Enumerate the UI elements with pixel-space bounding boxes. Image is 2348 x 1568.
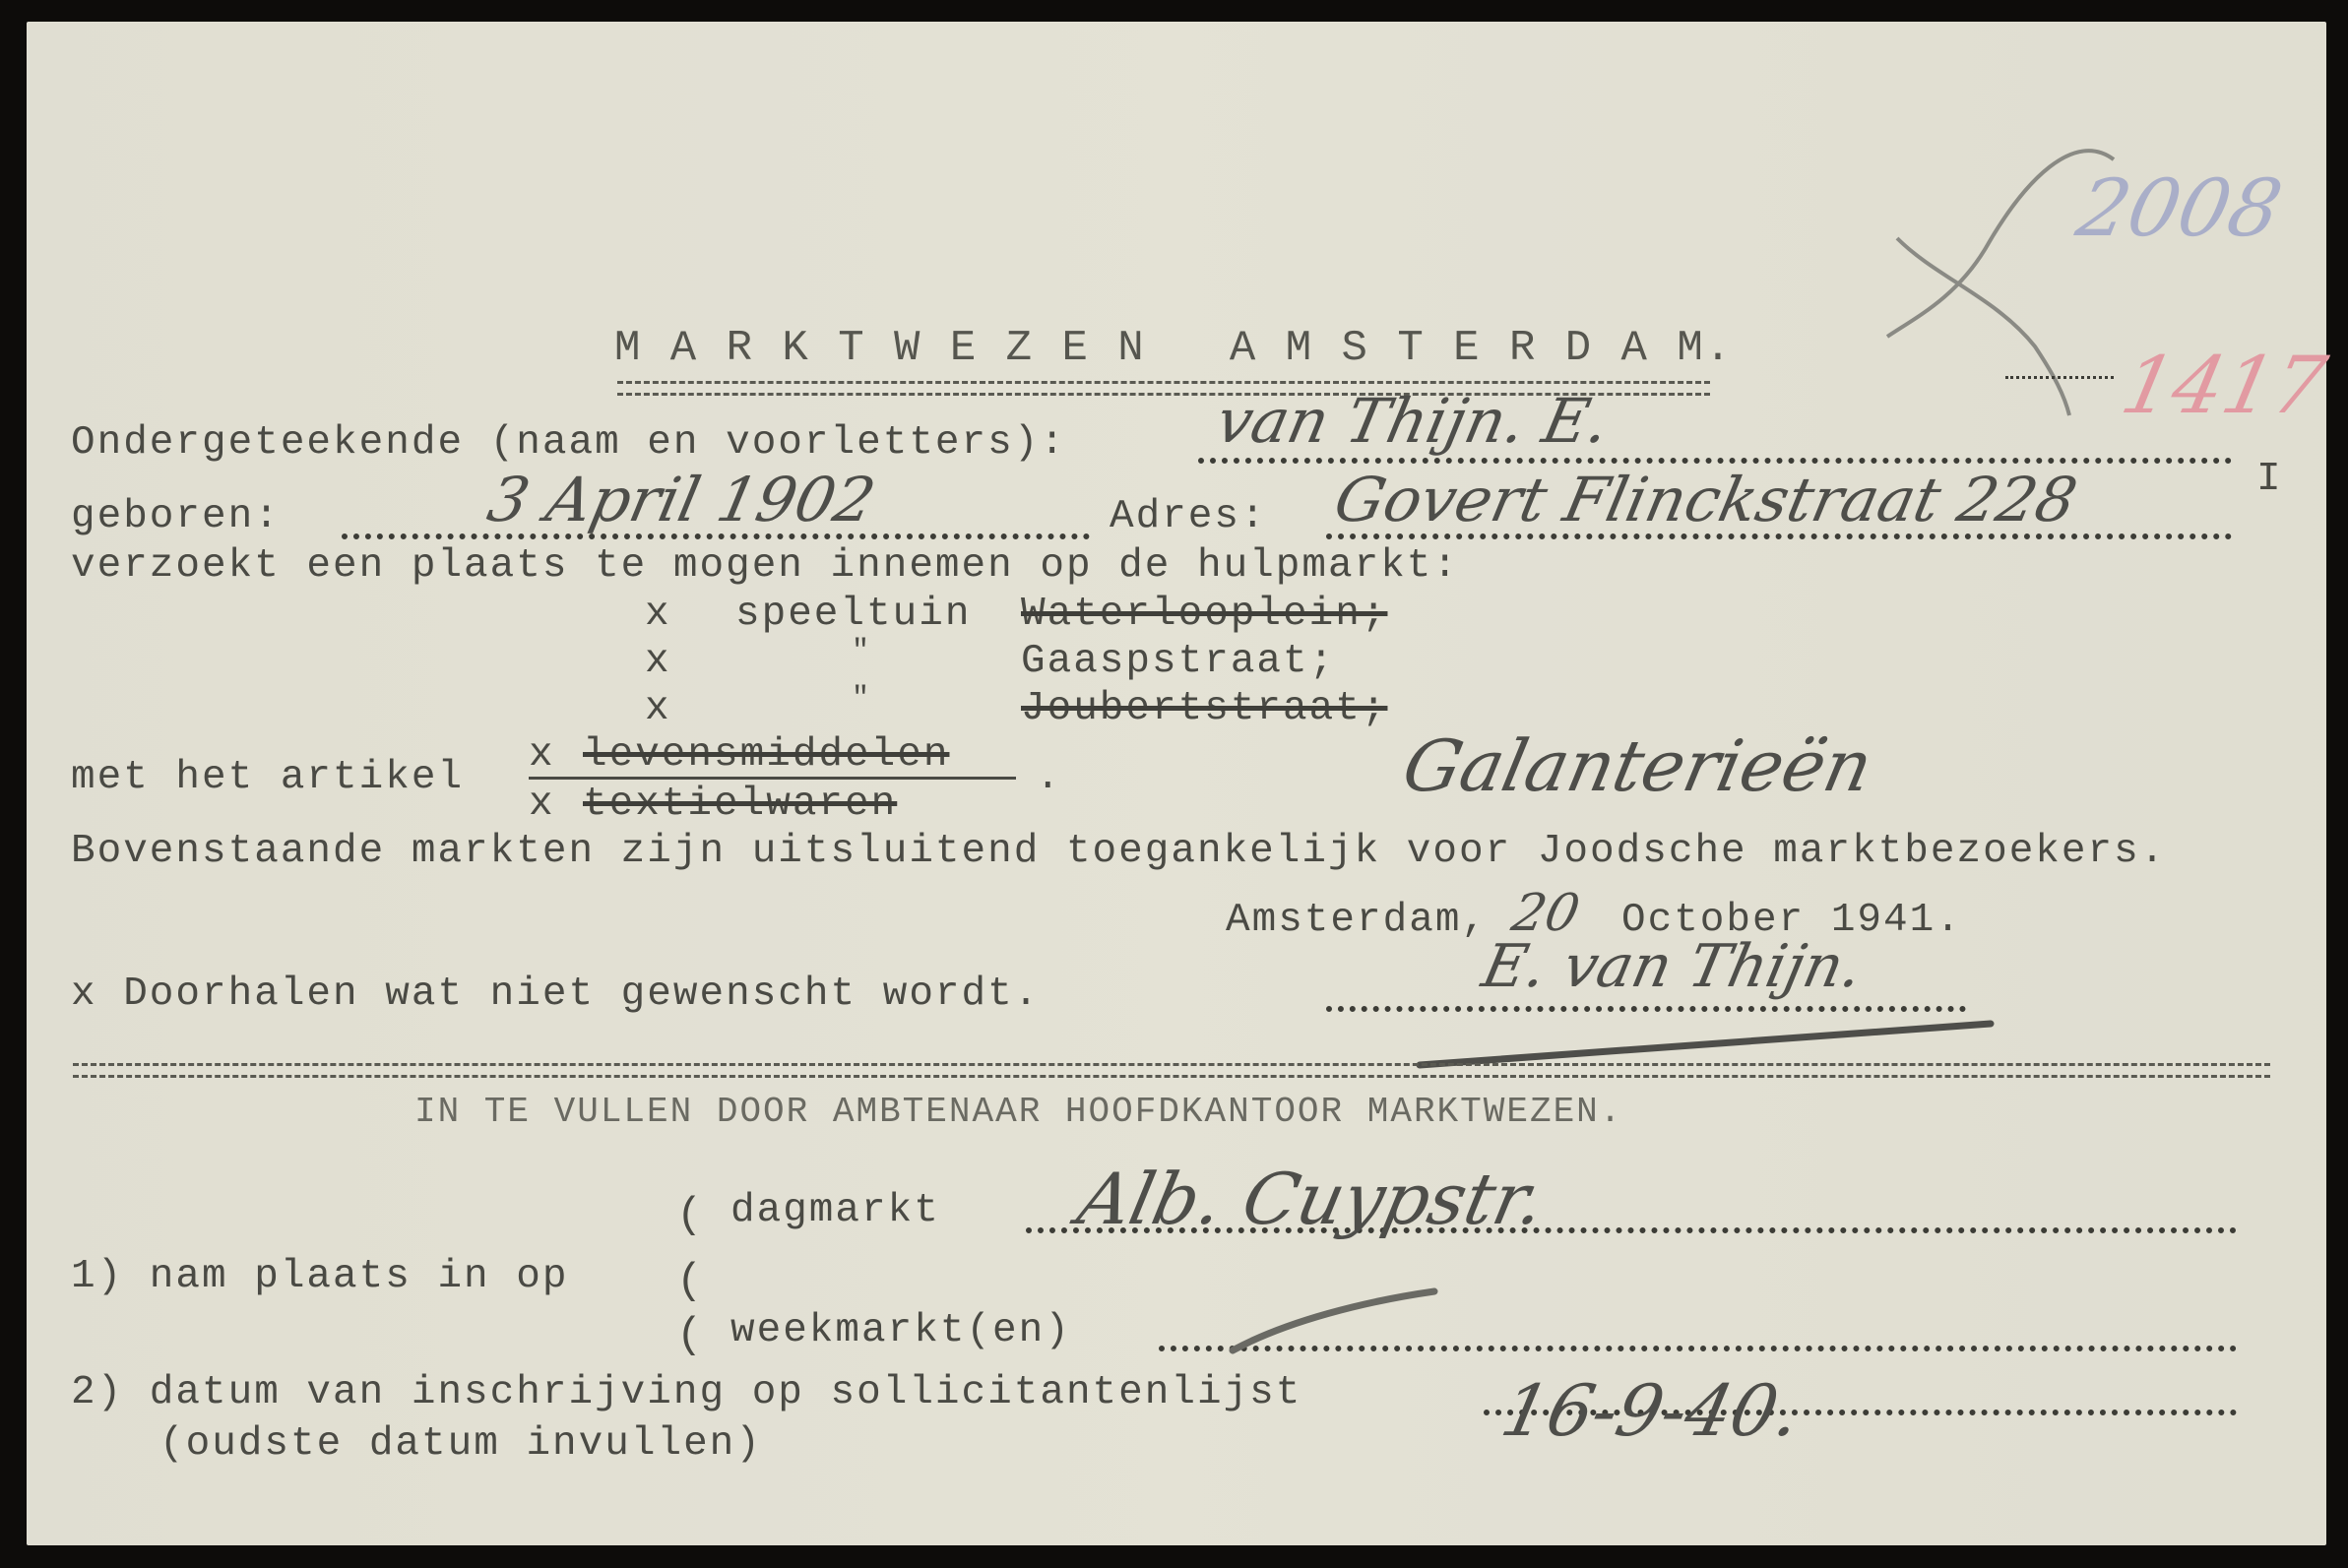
- title-trailing-dots: [2005, 376, 2114, 379]
- request-text: verzoekt een plaats te mogen innemen op …: [71, 546, 1459, 587]
- name-handwritten: van Thijn. E.: [1211, 391, 1614, 452]
- document-title: M A R K T W E Z E N A M S T E R D A M.: [614, 327, 1733, 370]
- article-handwritten: Galanterieën: [1397, 730, 1878, 801]
- market-name-gaaspstraat: Gaaspstraat;: [1021, 642, 1335, 682]
- red-pencil-number: 1417: [2115, 346, 2332, 425]
- dagmarkt-label: dagmarkt: [730, 1191, 940, 1231]
- brace-bottom: (: [676, 1311, 702, 1360]
- market-mark: x: [645, 689, 671, 729]
- market-mark: x: [645, 595, 671, 635]
- born-handwritten: 3 April 1902: [482, 470, 880, 531]
- item2-label: 2) datum van inschrijving op sollicitant…: [71, 1373, 1301, 1413]
- section-separator: [73, 1063, 2270, 1078]
- article-levensmiddelen: levensmiddelen: [583, 735, 949, 776]
- market-name-joubertstraat: Joubertstraat;: [1021, 689, 1387, 729]
- weekmarkt-label: weekmarkt(en): [730, 1311, 1071, 1351]
- article-label: met het artikel: [71, 758, 464, 798]
- market-ditto: ": [852, 684, 871, 714]
- market-ditto: ": [852, 637, 871, 666]
- signature-handwritten: E. van Thijn.: [1478, 937, 1868, 996]
- item2-note: (oudste datum invullen): [159, 1424, 762, 1465]
- brace-middle: (: [676, 1257, 702, 1306]
- article-fraction-bar: [529, 777, 1016, 780]
- item1-label: 1) nam plaats in op: [71, 1257, 568, 1297]
- born-label: geboren:: [71, 497, 281, 537]
- pencil-cross-mark: [1877, 120, 2133, 396]
- address-label: Adres:: [1110, 497, 1267, 537]
- article-period: .: [1036, 758, 1062, 798]
- name-label: Ondergeteekende (naam en voorletters):: [71, 423, 1066, 464]
- market-mark: x: [645, 642, 671, 682]
- place-date-prefix: Amsterdam,: [1226, 901, 1488, 941]
- blue-pencil-number: 2008: [2070, 169, 2288, 248]
- footnote-text: x Doorhalen wat niet gewenscht wordt.: [71, 974, 1040, 1015]
- weekmarkt-dash-stroke: [1228, 1282, 1444, 1360]
- notice-text: Bovenstaande markten zijn uitsluitend to…: [71, 832, 2166, 872]
- address-handwritten: Govert Flinckstraat 228: [1329, 470, 2081, 531]
- article-mark: x: [529, 784, 555, 825]
- article-textielwaren: textielwaren: [583, 784, 897, 825]
- form-card: 2008 1417 M A R K T W E Z E N A M S T E …: [27, 22, 2326, 1545]
- market-prefix: speeltuin: [735, 595, 971, 635]
- dagmarkt-handwritten: Alb. Cuypstr.: [1072, 1163, 1551, 1234]
- office-section-heading: IN TE VULLEN DOOR AMBTENAAR HOOFDKANTOOR…: [414, 1095, 1622, 1130]
- article-mark: x: [529, 735, 555, 776]
- market-name-waterlooplein: Waterlooplein;: [1021, 595, 1387, 635]
- signature-dotted-line: [1326, 1006, 1966, 1012]
- address-floor: I: [2256, 460, 2283, 500]
- item2-handwritten: 16-9-40.: [1495, 1375, 1807, 1446]
- brace-top: (: [676, 1191, 702, 1240]
